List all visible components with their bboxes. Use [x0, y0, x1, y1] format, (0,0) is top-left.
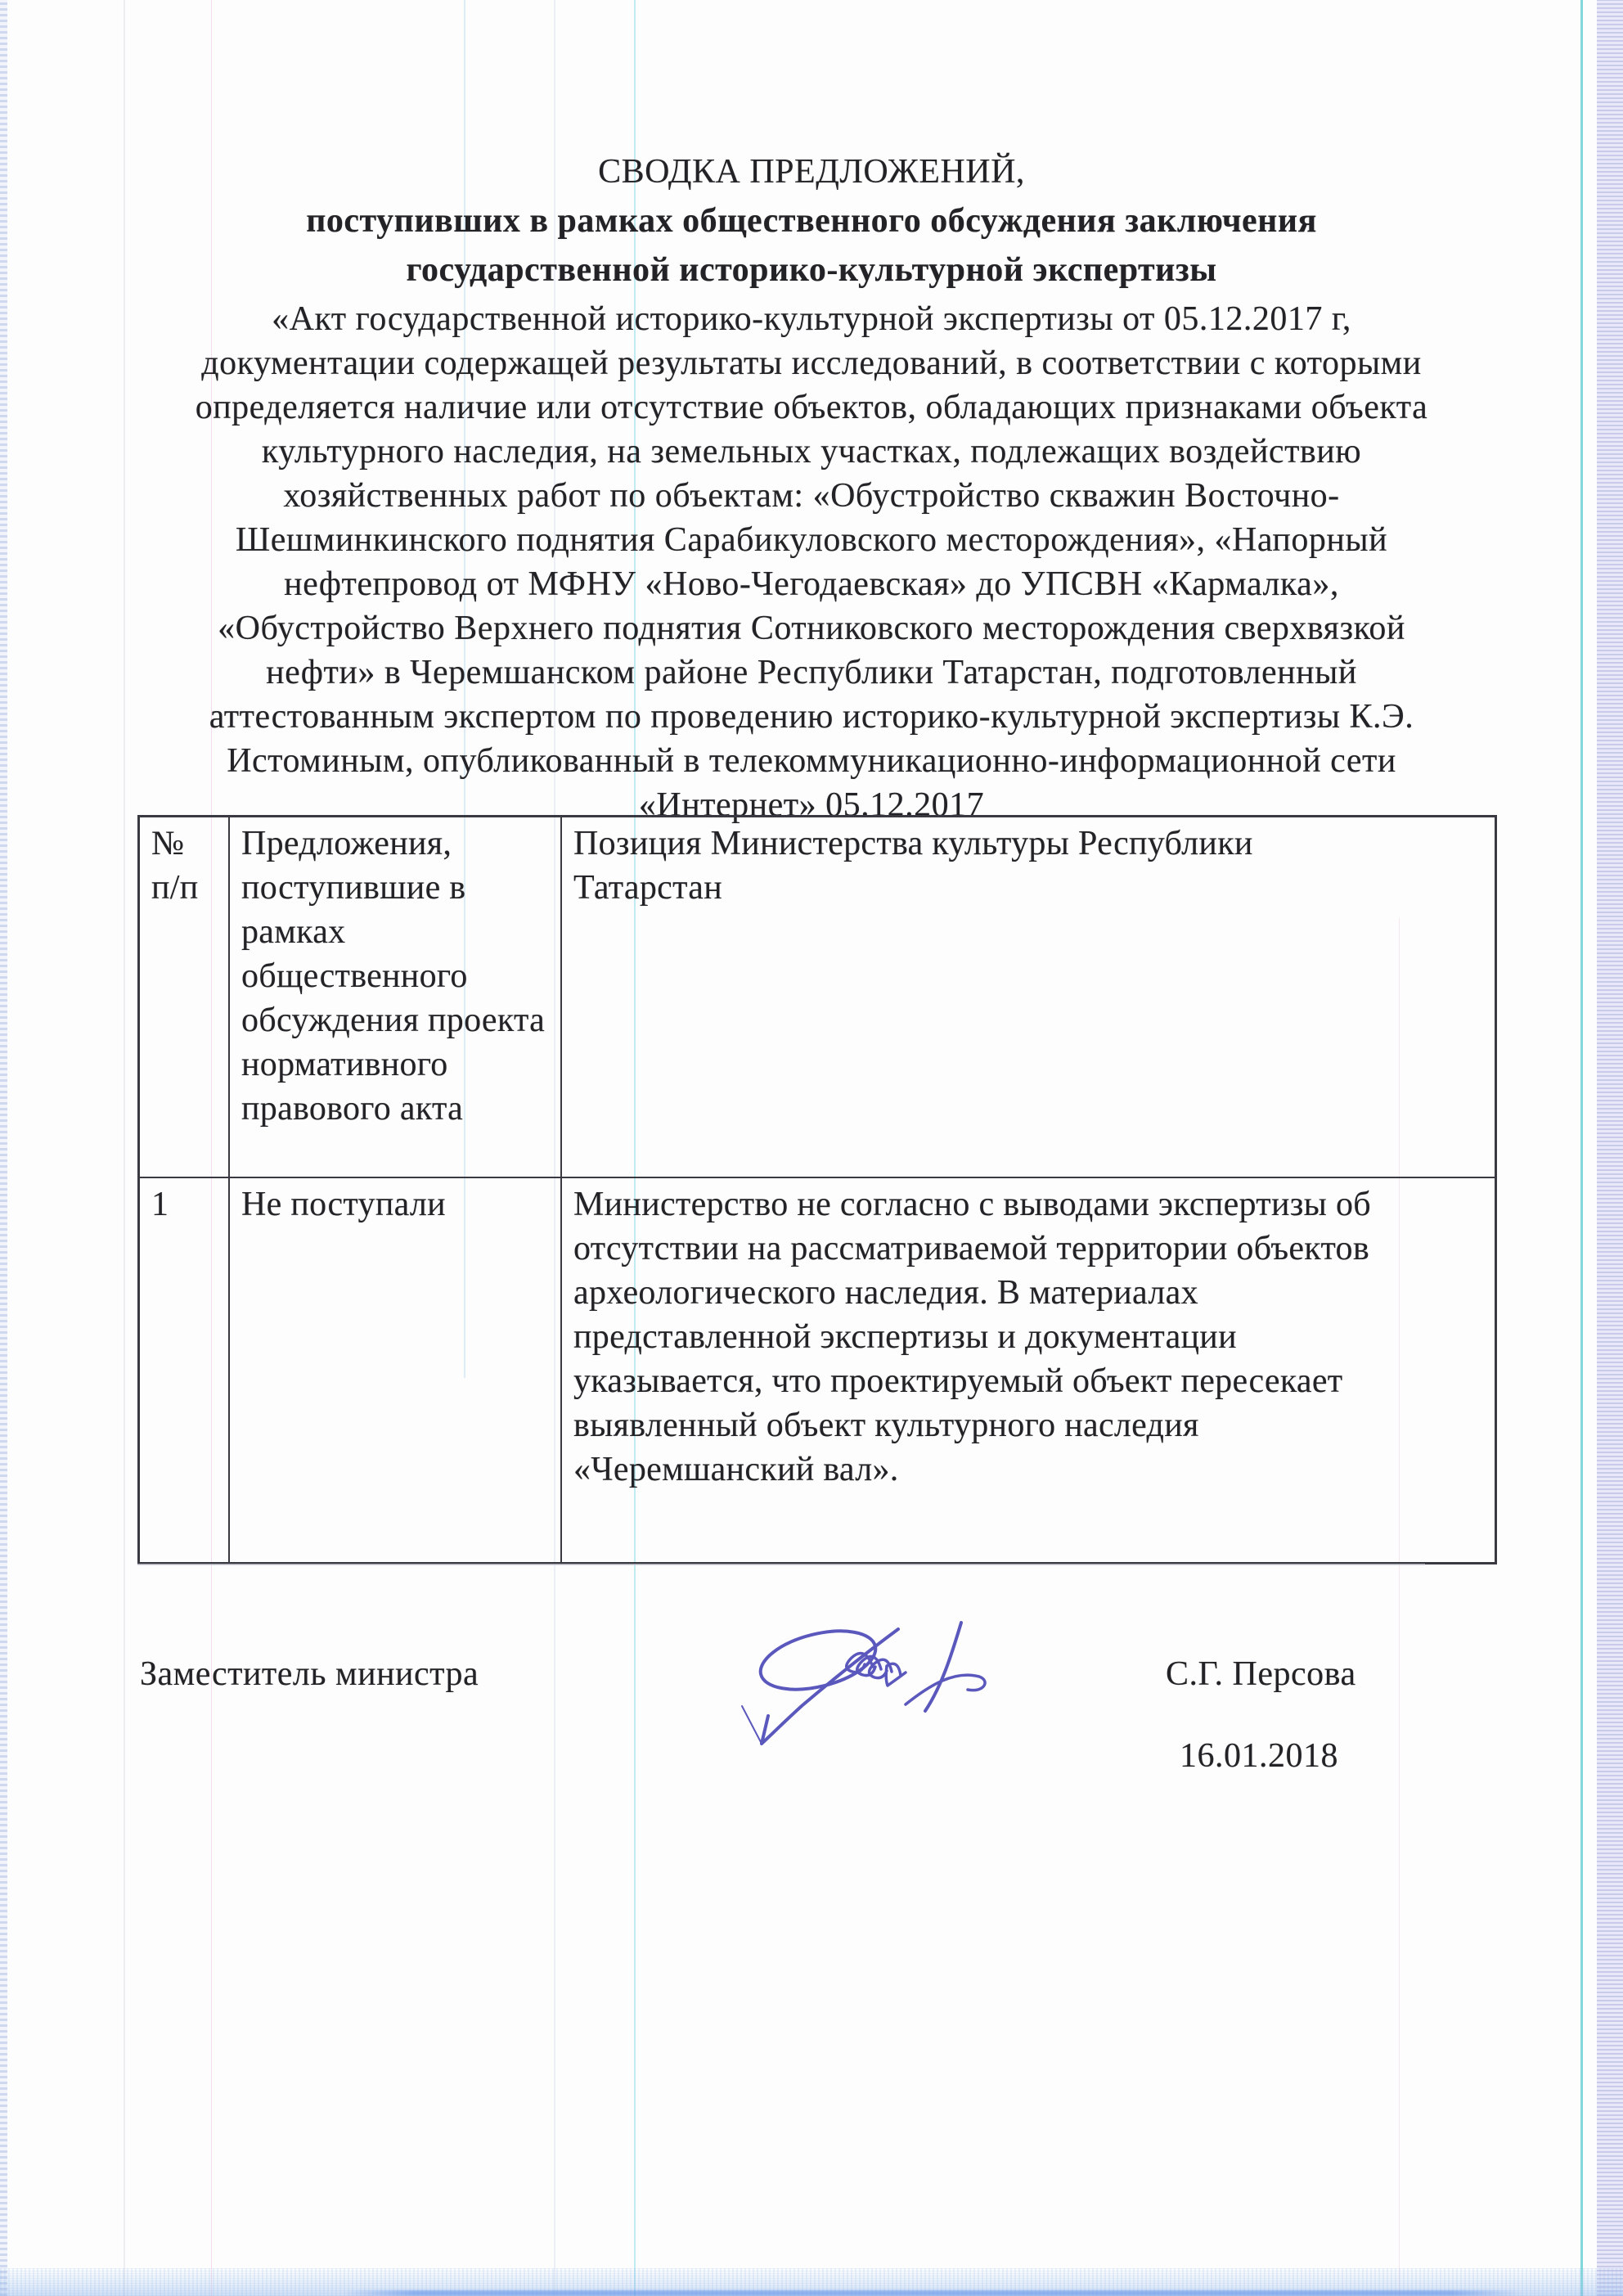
document-heading: СВОДКА ПРЕДЛОЖЕНИЙ, поступивших в рамках… [41, 147, 1582, 295]
subtitle-line: государственной историко-культурной эксп… [41, 245, 1582, 295]
paragraph-line: аттестованным экспертом по проведению ис… [41, 695, 1582, 739]
scan-edge-band-right [1597, 0, 1623, 2296]
table-row: 1 Не поступали Министерство не согласно … [139, 1177, 1496, 1564]
paragraph-line: культурного наследия, на земельных участ… [41, 430, 1582, 474]
cell-ministry-position-value: Министерство не согласно с выводами эксп… [561, 1177, 1496, 1564]
paragraph-line: Шешминкинского поднятия Сарабикуловского… [41, 518, 1582, 562]
header-cell-number: № п/п [139, 817, 230, 1178]
cell-ministry-position-text: Министерство не согласно с выводами эксп… [573, 1182, 1379, 1492]
table-bottom-scan-shadow [137, 1564, 1425, 1565]
scan-edge-band-left [0, 0, 7, 2296]
signatory-name: С.Г. Персова [1166, 1654, 1356, 1694]
subtitle-line: поступивших в рамках общественного обсуж… [41, 196, 1582, 245]
paragraph-line: «Обустройство Верхнего поднятия Сотников… [41, 606, 1582, 651]
proposals-table: № п/п Предложения, поступившие в рамках … [137, 815, 1497, 1564]
signature-date: 16.01.2018 [1180, 1736, 1338, 1776]
paragraph-line: нефти» в Черемшанском районе Республики … [41, 651, 1582, 695]
paragraph-line: Истоминым, опубликованный в телекоммуник… [41, 739, 1582, 783]
page-title: СВОДКА ПРЕДЛОЖЕНИЙ, [41, 147, 1582, 196]
header-cell-ministry-position: Позиция Министерства культуры Республики… [561, 817, 1496, 1178]
paragraph-line: хозяйственных работ по объектам: «Обустр… [41, 474, 1582, 518]
table-header-row: № п/п Предложения, поступившие в рамках … [139, 817, 1496, 1178]
handwritten-signature [699, 1608, 1010, 1780]
paragraph-line: документации содержащей результаты иссле… [41, 341, 1582, 385]
paragraph-line: «Акт государственной историко-культурной… [41, 297, 1582, 341]
paragraph-line: определяется наличие или отсутствие объе… [41, 385, 1582, 430]
document-intro-paragraph: «Акт государственной историко-культурной… [41, 297, 1582, 827]
cell-row-number: 1 [139, 1177, 230, 1564]
cell-proposals-value: Не поступали [229, 1177, 561, 1564]
header-cell-ministry-position-text: Позиция Министерства культуры Республики… [573, 822, 1310, 910]
header-cell-proposals: Предложения, поступившие в рамках общест… [229, 817, 561, 1178]
scanned-document-page: СВОДКА ПРЕДЛОЖЕНИЙ, поступивших в рамках… [0, 0, 1623, 2296]
scan-bottom-edge-line [344, 2290, 1522, 2296]
paragraph-line: нефтепровод от МФНУ «Ново-Чегодаевская» … [41, 562, 1582, 606]
signatory-position-label: Заместитель министра [140, 1654, 479, 1694]
